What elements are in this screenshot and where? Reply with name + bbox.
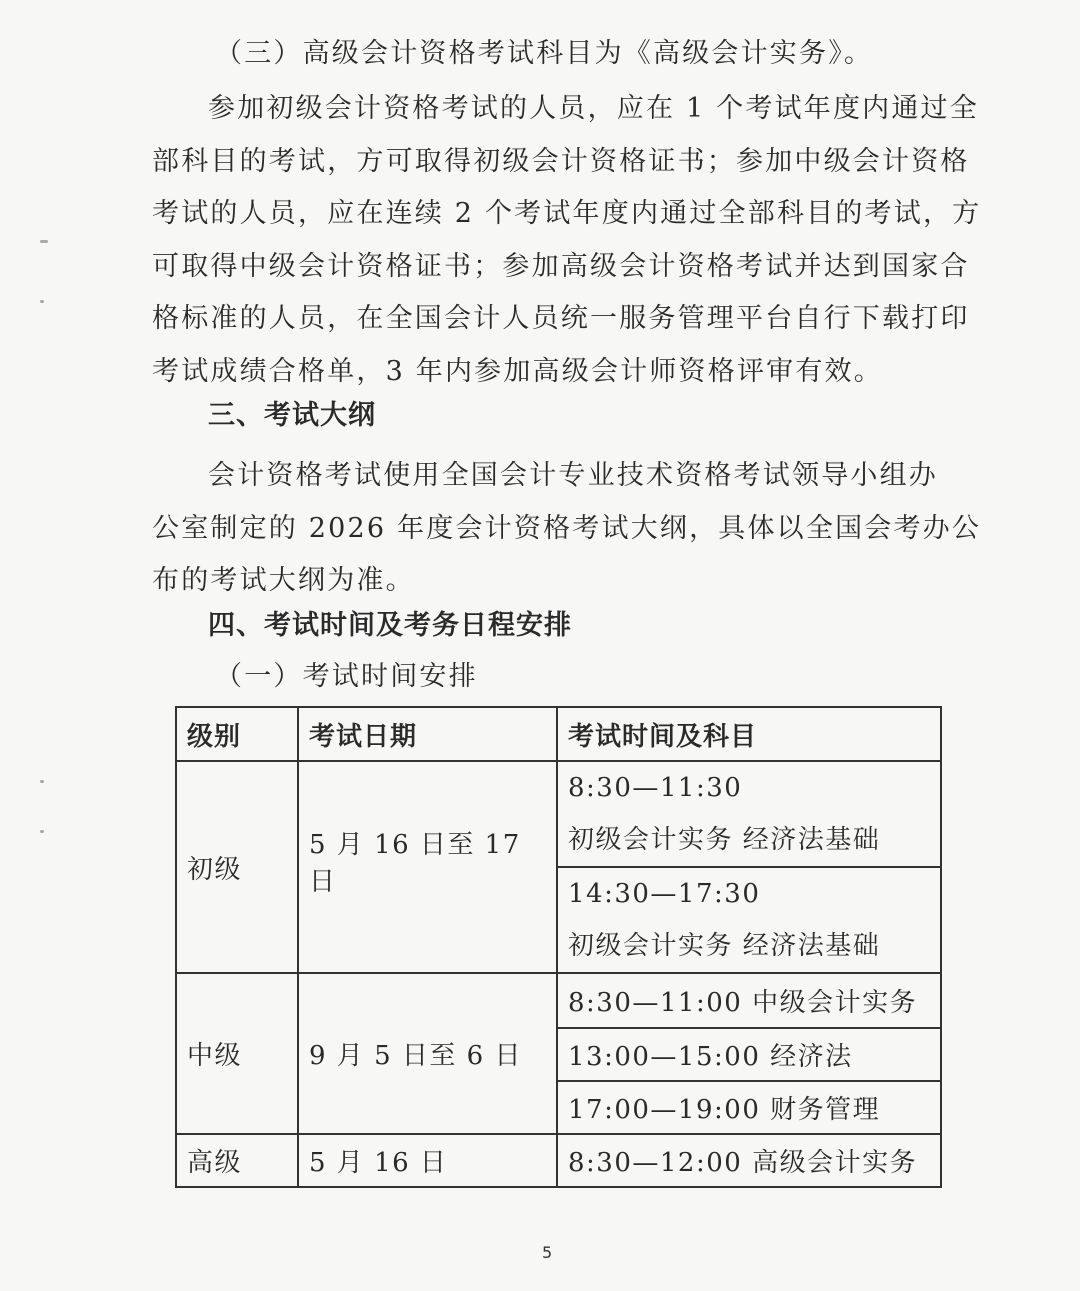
session-time: 8:30—11:30	[568, 762, 930, 814]
table-row: 初级 5 月 16 日至 17 日 8:30—11:30 初级会计实务 经济法基…	[176, 761, 941, 867]
session-subjects: 初级会计实务 经济法基础	[568, 920, 930, 972]
cell-level: 高级	[176, 1134, 298, 1187]
scan-mark	[40, 830, 44, 833]
cell-session: 8:30—11:00 中级会计实务	[557, 973, 941, 1028]
paragraph-line: 布的考试大纲为准。	[152, 565, 952, 597]
header-time-subject: 考试时间及科目	[557, 707, 941, 761]
cell-session: 17:00—19:00 财务管理	[557, 1081, 941, 1134]
cell-date: 9 月 5 日至 6 日	[298, 973, 557, 1134]
paragraph-line: 部科目的考试，方可取得初级会计资格证书；参加中级会计资格	[152, 146, 952, 178]
cell-date: 5 月 16 日	[298, 1134, 557, 1187]
cell-level: 中级	[176, 973, 298, 1134]
paragraph-line: 参加初级会计资格考试的人员，应在 1 个考试年度内通过全	[208, 93, 1008, 125]
cell-date: 5 月 16 日至 17 日	[298, 761, 557, 973]
cell-level: 初级	[176, 761, 298, 973]
cell-session: 14:30—17:30 初级会计实务 经济法基础	[557, 867, 941, 973]
cell-session: 8:30—11:30 初级会计实务 经济法基础	[557, 761, 941, 867]
table-row: 高级 5 月 16 日 8:30—12:00 高级会计实务	[176, 1134, 941, 1187]
table-row: 中级 9 月 5 日至 6 日 8:30—11:00 中级会计实务	[176, 973, 941, 1028]
paragraph-line: 考试的人员，应在连续 2 个考试年度内通过全部科目的考试，方	[152, 198, 952, 230]
session-time: 14:30—17:30	[568, 868, 930, 920]
paragraph-line: （三）高级会计资格考试科目为《高级会计实务》。	[215, 38, 1015, 70]
page-number: 5	[542, 1243, 552, 1262]
table-header-row: 级别 考试日期 考试时间及科目	[176, 707, 941, 761]
paragraph-line: 会计资格考试使用全国会计专业技术资格考试领导小组办	[208, 460, 1008, 492]
header-level: 级别	[176, 707, 298, 761]
scan-mark	[40, 240, 48, 243]
scan-mark	[40, 300, 44, 303]
exam-schedule-table: 级别 考试日期 考试时间及科目 初级 5 月 16 日至 17 日 8:30—1…	[175, 706, 942, 1188]
section-heading-syllabus: 三、考试大纲	[208, 400, 1008, 432]
subsection-heading: （一）考试时间安排	[215, 661, 1015, 693]
paragraph-line: 考试成绩合格单，3 年内参加高级会计师资格评审有效。	[152, 356, 952, 388]
section-heading-schedule: 四、考试时间及考务日程安排	[208, 610, 1008, 642]
paragraph-line: 格标准的人员，在全国会计人员统一服务管理平台自行下载打印	[152, 303, 952, 335]
cell-session: 13:00—15:00 经济法	[557, 1028, 941, 1081]
cell-session: 8:30—12:00 高级会计实务	[557, 1134, 941, 1187]
header-date: 考试日期	[298, 707, 557, 761]
session-subjects: 初级会计实务 经济法基础	[568, 814, 930, 866]
document-page: （三）高级会计资格考试科目为《高级会计实务》。 参加初级会计资格考试的人员，应在…	[0, 0, 1080, 1291]
paragraph-line: 可取得中级会计资格证书；参加高级会计资格考试并达到国家合	[152, 251, 952, 283]
paragraph-line: 公室制定的 2026 年度会计资格考试大纲，具体以全国会考办公	[152, 513, 952, 545]
scan-mark	[40, 780, 44, 783]
